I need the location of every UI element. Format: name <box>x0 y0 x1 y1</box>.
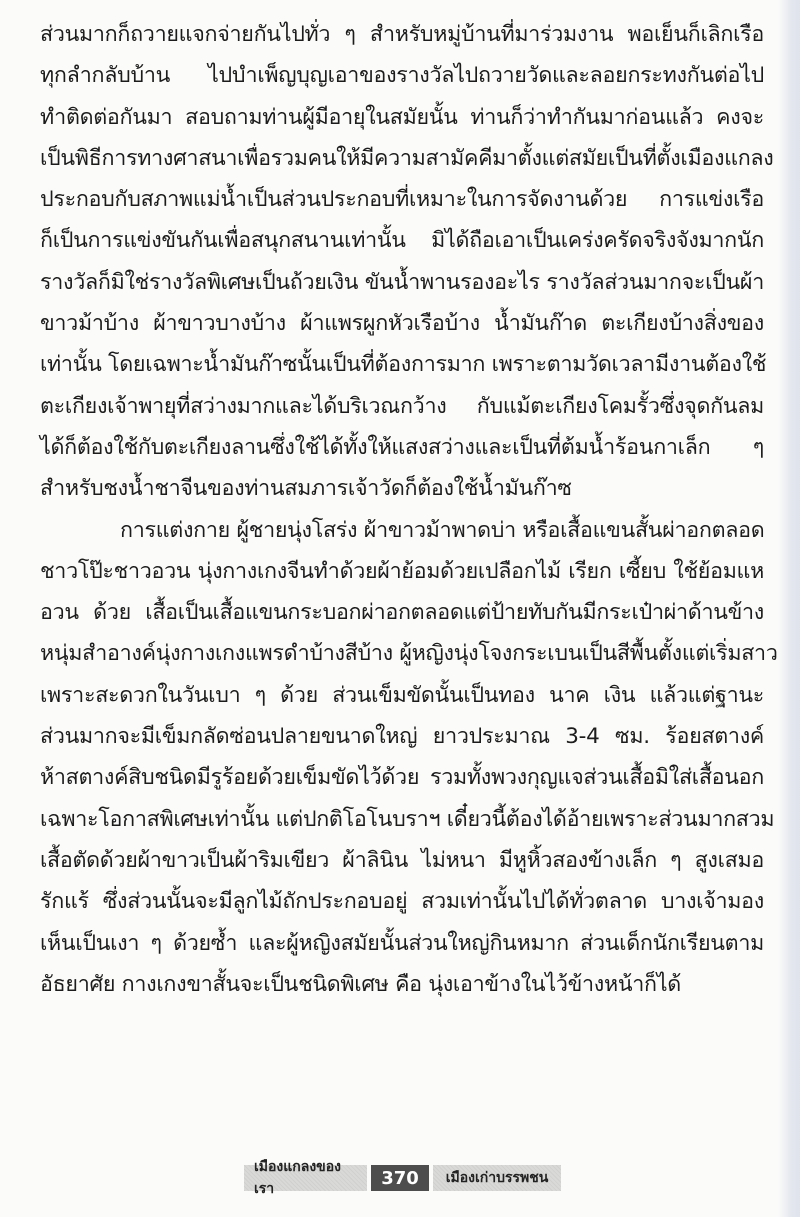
text-line: ทุกลำกลับบ้าน ไปบำเพ็ญบุญเอาของรางวัลไปถ… <box>40 55 764 96</box>
text-line: ห้าสตางค์สิบชนิดมีรูร้อยด้วยเข็มขัดไว้ด้… <box>40 757 764 798</box>
text-line-paragraph-end: สำหรับชงน้ำชาจีนของท่านสมภารเจ้าวัดก็ต้อ… <box>40 468 764 509</box>
text-line: เพราะสะดวกในวันเบา ๆ ด้วย ส่วนเข็มขัดนั้… <box>40 675 764 716</box>
text-line: ขาวม้าบ้าง ผ้าขาวบางบ้าง ผ้าแพรผูกหัวเรื… <box>40 303 764 344</box>
text-line: ก็เป็นการแข่งขันกันเพื่อสนุกสนานเท่านั้น… <box>40 220 764 261</box>
page-number: 370 <box>371 1165 429 1191</box>
footer-section-title: เมืองเก่าบรรพชน <box>433 1165 561 1191</box>
text-line: หนุ่มสำอางค์นุ่งกางเกงแพรดำบ้างสีบ้าง ผู… <box>40 633 764 674</box>
text-line: เฉพาะโอกาสพิเศษเท่านั้น แต่ปกติโอโนบราฯ … <box>40 799 764 840</box>
text-line: ชาวโป๊ะชาวอวน นุ่งกางเกงจีนทำด้วยผ้าย้อม… <box>40 551 764 592</box>
text-line: ส่วนมากก็ถวายแจกจ่ายกันไปทั่ว ๆ สำหรับหม… <box>40 14 764 55</box>
text-line-paragraph-start: การแต่งกาย ผู้ชายนุ่งโสร่ง ผ้าขาวม้าพาดบ… <box>40 510 764 551</box>
text-line: ส่วนมากจะมีเข็มกลัดซ่อนปลายขนาดใหญ่ ยาวป… <box>40 716 764 757</box>
text-line: อวน ด้วย เสื้อเป็นเสื้อแขนกระบอกผ่าอกตลอ… <box>40 592 764 633</box>
text-line: เท่านั้น โดยเฉพาะน้ำมันก๊าซนั้นเป็นที่ต้… <box>40 344 764 385</box>
footer-book-title: เมืองแกลงของเรา <box>244 1165 367 1191</box>
text-line: ได้ก็ต้องใช้กับตะเกียงลานซึ่งใช้ได้ทั้งใ… <box>40 427 764 468</box>
text-line: รางวัลก็มิใช่รางวัลพิเศษเป็นถ้วยเงิน ขัน… <box>40 262 764 303</box>
text-line: ตะเกียงเจ้าพายุที่สว่างมากและได้บริเวณกว… <box>40 386 764 427</box>
body-text: ส่วนมากก็ถวายแจกจ่ายกันไปทั่ว ๆ สำหรับหม… <box>40 14 764 1005</box>
text-line: ประกอบกับสภาพแม่น้ำเป็นส่วนประกอบที่เหมา… <box>40 179 764 220</box>
text-line: รักแร้ ซึ่งส่วนนั้นจะมีลูกไม้ถักประกอบอย… <box>40 881 764 922</box>
page-edge-shadow <box>778 0 800 1217</box>
text-line: เสื้อตัดด้วยผ้าขาวเป็นผ้าริมเขียว ผ้าลิน… <box>40 840 764 881</box>
text-line: เห็นเป็นเงา ๆ ด้วยซ้ำ และผู้หญิงสมัยนั้น… <box>40 923 764 964</box>
text-line: ทำติดต่อกันมา สอบถามท่านผู้มีอายุในสมัยน… <box>40 97 764 138</box>
page-footer: เมืองแกลงของเรา 370 เมืองเก่าบรรพชน <box>244 1165 561 1191</box>
text-line-paragraph-end: อัธยาศัย กางเกงขาสั้นจะเป็นชนิดพิเศษ คือ… <box>40 964 764 1005</box>
text-line: เป็นพิธีการทางศาสนาเพื่อรวมคนให้มีความสา… <box>40 138 764 179</box>
